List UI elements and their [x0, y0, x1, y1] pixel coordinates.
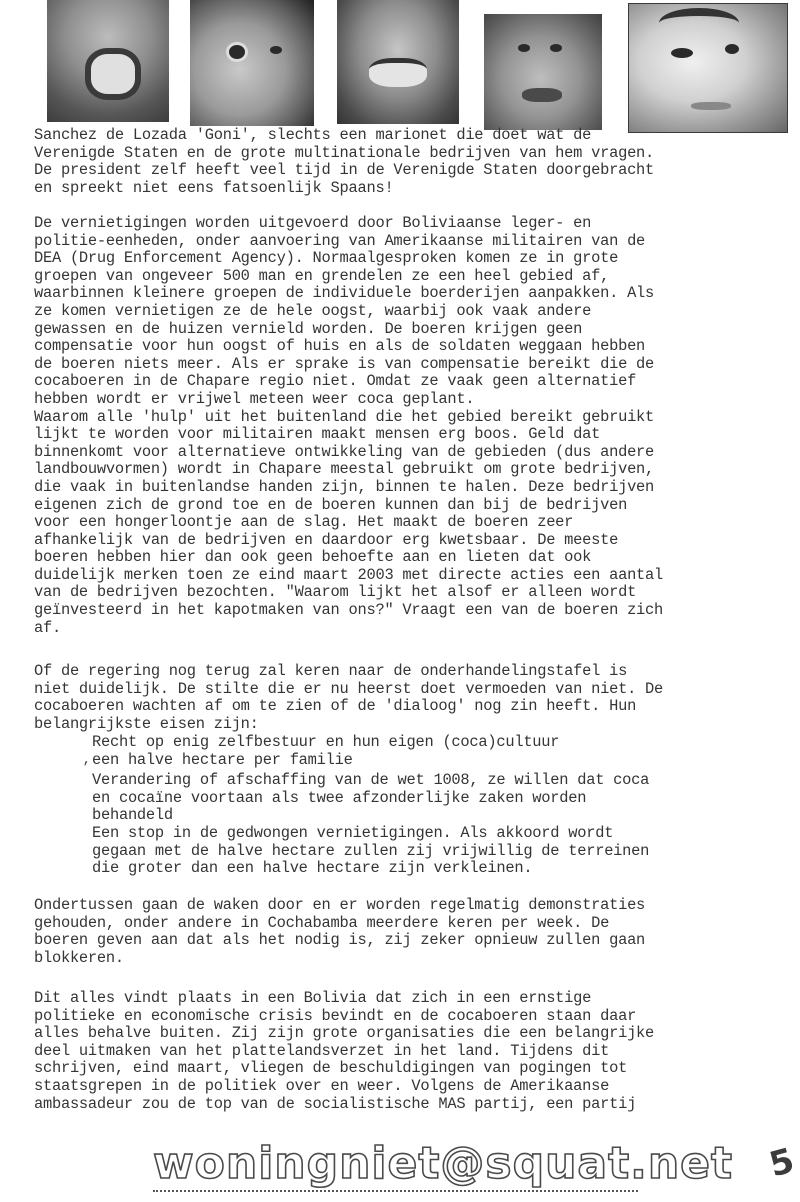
- paragraph-negotiation: Of de regering nog terug zal keren naar …: [34, 663, 774, 733]
- footer-email: woningniet@squat.net: [153, 1140, 638, 1192]
- paragraph-destruction: De vernietigingen worden uitgevoerd door…: [34, 215, 774, 637]
- page-number: 5: [765, 1141, 798, 1186]
- demand-item-2: Verandering of afschaffing van de wet 10…: [92, 772, 772, 825]
- face-photo-1: [47, 0, 169, 122]
- face-photo-3: [337, 0, 459, 124]
- demand-item-3: Een stop in de gedwongen vernietigingen.…: [92, 825, 772, 878]
- paragraph-meanwhile: Ondertussen gaan de waken door en er wor…: [34, 897, 774, 967]
- face-photo-5: [628, 3, 788, 133]
- face-photo-4: [484, 14, 602, 130]
- face-photo-2: [190, 0, 314, 126]
- paragraph-intro: Sanchez de Lozada 'Goni', slechts een ma…: [34, 127, 774, 197]
- paragraph-crisis: Dit alles vindt plaats in een Bolivia da…: [34, 990, 774, 1113]
- bullet-marker: ‚: [82, 752, 90, 768]
- demand-item-1: Recht op enig zelfbestuur en hun eigen (…: [92, 734, 772, 769]
- photo-strip: [0, 0, 800, 135]
